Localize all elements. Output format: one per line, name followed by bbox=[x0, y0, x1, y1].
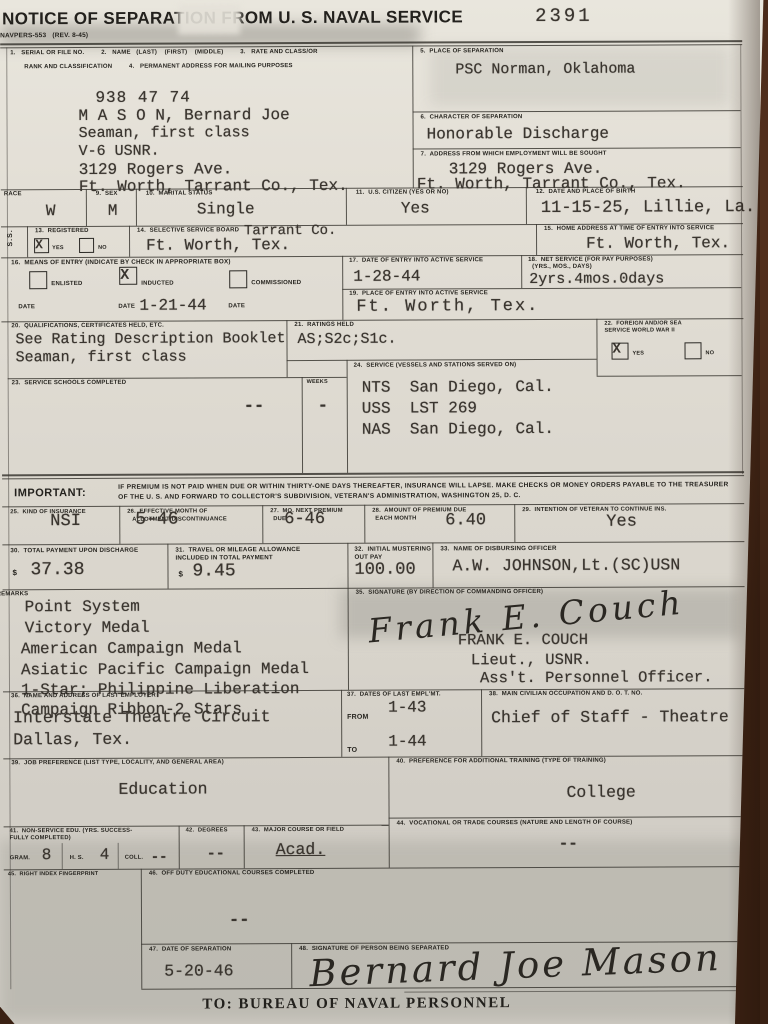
box43-label: 43. MAJOR COURSE OR FIELD bbox=[252, 827, 345, 835]
divider bbox=[341, 690, 342, 757]
important-text: IF PREMIUM IS NOT PAID WHEN DUE OR WITHI… bbox=[118, 480, 740, 502]
registered-no-checkbox bbox=[79, 238, 94, 253]
divider bbox=[364, 505, 365, 543]
divider bbox=[118, 843, 119, 869]
high-school-label: H. S. bbox=[70, 855, 84, 863]
place-of-separation-value: PSC Norman, Oklahoma bbox=[455, 61, 635, 80]
enlisted-checkbox bbox=[29, 271, 47, 289]
divider bbox=[597, 375, 742, 377]
box15-label: 15. HOME ADDRESS AT TIME OF ENTRY INTO S… bbox=[544, 225, 714, 233]
box1-4-label-line1: 1. SERIAL OR FILE NO. 2. NAME (LAST) (FI… bbox=[10, 49, 317, 58]
box41-label-line2: FULLY COMPLETED) bbox=[10, 835, 71, 843]
divider bbox=[346, 188, 347, 225]
important-label: IMPORTANT: bbox=[14, 487, 86, 499]
citizen-value: Yes bbox=[401, 199, 430, 217]
divider bbox=[413, 147, 741, 149]
off-duty-courses-value: -- bbox=[229, 912, 249, 930]
date-commissioned-label: DATE bbox=[228, 303, 245, 311]
weeks-value: - bbox=[318, 398, 328, 416]
box35-label: 35. SIGNATURE (BY DIRECTION OF COMMANDIN… bbox=[356, 589, 544, 597]
major-course-value: Acad. bbox=[276, 841, 326, 859]
box20-label: 20. QUALIFICATIONS, CERTIFICATES HELD, E… bbox=[11, 323, 164, 331]
footer-corner-mark: Mc bbox=[739, 988, 748, 995]
registered-yes-label: YES bbox=[52, 245, 64, 253]
officer-rank-typed: Lieut., USNR. bbox=[471, 651, 592, 670]
divider bbox=[404, 990, 746, 992]
divider bbox=[432, 542, 433, 587]
form-reference: NAVPERS-553 (REV. 8-45) bbox=[0, 32, 88, 40]
divider bbox=[244, 825, 245, 868]
box22-label-line2: SERVICE WORLD WAR II bbox=[604, 327, 674, 335]
high-school-value: 4 bbox=[100, 846, 110, 864]
divider bbox=[536, 224, 537, 255]
registered-no-label: NO bbox=[98, 245, 107, 253]
box45-label: 45. RIGHT INDEX FINGERPRINT bbox=[8, 871, 99, 879]
inducted-checkbox: X bbox=[119, 267, 137, 285]
box47-label: 47. DATE OF SEPARATION bbox=[149, 946, 231, 954]
sex-value: M bbox=[108, 202, 118, 220]
check-x-mark: X bbox=[35, 237, 43, 252]
box24-label: 24. SERVICE (VESSELS AND STATIONS SERVED… bbox=[354, 362, 517, 370]
check-x-mark: X bbox=[120, 268, 129, 283]
divider bbox=[521, 255, 522, 288]
divider bbox=[291, 943, 292, 988]
vocational-courses-value: -- bbox=[559, 835, 578, 853]
box5-label: 5. PLACE OF SEPARATION bbox=[420, 48, 503, 56]
box28-label-line2: EACH MONTH bbox=[375, 516, 416, 524]
box7-label: 7. ADDRESS FROM WHICH EMPLOYMENT WILL BE… bbox=[421, 151, 607, 159]
divider bbox=[287, 359, 597, 361]
divider bbox=[141, 869, 143, 989]
serial-number-value: 938 47 74 bbox=[95, 89, 190, 107]
divider bbox=[2, 541, 744, 545]
box29-label: 29. INTENTION OF VETERAN TO CONTINUE INS… bbox=[522, 506, 666, 514]
divider bbox=[119, 506, 120, 544]
date-of-separation-value: 5-20-46 bbox=[164, 962, 233, 980]
box44-label: 44. VOCATIONAL OR TRADE COURSES (NATURE … bbox=[397, 820, 633, 829]
net-service-value: 2yrs.4mos.0days bbox=[529, 270, 664, 289]
box17-label: 17. DATE OF ENTRY INTO ACTIVE SERVICE bbox=[349, 257, 483, 265]
box13-label: 13. REGISTERED bbox=[35, 228, 89, 236]
title-smudge bbox=[178, 4, 240, 34]
marital-status-label: 10. MARITAL STATUS bbox=[146, 190, 213, 198]
divider bbox=[347, 543, 348, 588]
divider bbox=[167, 544, 168, 589]
box38-label: 38. MAIN CIVILIAN OCCUPATION AND D. O. T… bbox=[489, 691, 642, 699]
foreign-service-no-checkbox bbox=[684, 342, 701, 359]
employment-from-label: FROM bbox=[347, 714, 368, 722]
remarks-line3: American Campaign Medal bbox=[21, 639, 242, 658]
name-value: M A S O N, Bernard Joe bbox=[78, 106, 289, 125]
remarks-line1: Point System bbox=[25, 598, 140, 617]
home-address-entry-value: Ft. Worth, Tex. bbox=[586, 234, 730, 253]
divider bbox=[136, 189, 137, 226]
birth-value: 11-15-25, Lillie, La. bbox=[541, 199, 755, 218]
service-schools-value: -- bbox=[244, 398, 264, 416]
citizen-label: 11. U.S. CITIZEN (YES OR NO) bbox=[356, 189, 449, 197]
vessels-line2: USS LST 269 bbox=[362, 399, 477, 418]
foreign-service-yes-label: YES bbox=[633, 351, 645, 359]
mustering-out-pay-value: 100.00 bbox=[354, 562, 415, 580]
ratings-held-value: AS;S2c;S1c. bbox=[297, 331, 396, 349]
last-employer-line1: Interstate Theatre Circuit bbox=[13, 708, 271, 727]
divider bbox=[481, 689, 482, 756]
race-label: RACE bbox=[4, 191, 22, 199]
employment-to-value: 1-44 bbox=[388, 732, 426, 750]
box32-label-line1: 32. INITIAL MUSTERING bbox=[354, 545, 431, 553]
photo-of-document: { "header": { "title": "NOTICE OF SEPARA… bbox=[0, 0, 768, 1024]
check-x-mark: X bbox=[612, 343, 620, 358]
box31-currency: $ bbox=[178, 571, 183, 579]
divider bbox=[4, 866, 746, 870]
mailing-address-line2: Ft. Worth, Tarrant Co., Tex. bbox=[79, 177, 348, 196]
divider bbox=[8, 377, 347, 379]
divider bbox=[388, 757, 389, 868]
marital-status-value: Single bbox=[197, 200, 255, 218]
qualifications-line1: See Rating Description Booklet bbox=[15, 330, 285, 349]
divider bbox=[27, 226, 28, 257]
divider bbox=[526, 187, 527, 224]
footer-addressee: TO: BUREAU OF NAVAL PERSONNEL bbox=[202, 995, 511, 1013]
inducted-label: INDUCTED bbox=[141, 281, 174, 289]
premium-amount-value: 6.40 bbox=[445, 512, 486, 530]
box31-label-line1: 31. TRAVEL OR MILEAGE ALLOWANCE bbox=[175, 546, 300, 554]
divider bbox=[389, 816, 744, 819]
divider bbox=[342, 287, 741, 290]
box6-label: 6. CHARACTER OF SEPARATION bbox=[421, 114, 523, 122]
stamp-number: 2391 bbox=[535, 7, 593, 25]
date-inducted-label: DATE bbox=[118, 304, 135, 312]
training-preference-value: College bbox=[566, 784, 635, 802]
class-value: V-6 USNR. bbox=[79, 143, 160, 161]
divider bbox=[740, 44, 743, 474]
place-entry-active-service-value: Ft. Worth, Tex. bbox=[356, 298, 539, 317]
box36-label: 36. NAME AND ADDRESS OF LAST EMPLOYER bbox=[11, 693, 156, 701]
qualifications-line2: Seaman, first class bbox=[16, 349, 187, 368]
divider bbox=[86, 189, 87, 226]
selective-board-value: Ft. Worth, Tex. bbox=[146, 236, 290, 255]
enlisted-label: ENLISTED bbox=[51, 281, 82, 289]
box30-label: 30. TOTAL PAYMENT UPON DISCHARGE bbox=[10, 547, 138, 555]
travel-allowance-value: 9.45 bbox=[192, 562, 235, 580]
box21-label: 21. RATINGS HELD bbox=[294, 322, 354, 330]
divider bbox=[262, 505, 263, 543]
race-value: W bbox=[46, 202, 56, 220]
date-enlisted-label: DATE bbox=[18, 304, 35, 312]
grammar-school-label: GRAM. bbox=[10, 855, 30, 863]
foreign-service-no-label: NO bbox=[706, 350, 715, 358]
civilian-occupation-value: Chief of Staff - Theatre bbox=[491, 708, 729, 727]
box30-currency: $ bbox=[12, 569, 17, 577]
divider bbox=[179, 826, 180, 869]
box40-label: 40. PREFERENCE FOR ADDITIONAL TRAINING (… bbox=[396, 758, 606, 766]
date-entry-active-service-value: 1-28-44 bbox=[353, 268, 420, 286]
foreign-service-yes-checkbox: X bbox=[611, 343, 628, 360]
weeks-label: WEEKS bbox=[307, 379, 328, 387]
divider bbox=[3, 755, 745, 759]
box23-label: 23. SERVICE SCHOOLS COMPLETED bbox=[12, 380, 127, 388]
disbursing-officer-value: A.W. JOHNSON,Lt.(SC)USN bbox=[452, 556, 680, 575]
employment-to-label: TO bbox=[347, 747, 357, 755]
divider bbox=[348, 588, 349, 690]
box14-label: 14. SELECTIVE SERVICE BOARD bbox=[137, 227, 239, 235]
box33-label: 33. NAME OF DISBURSING OFFICER bbox=[440, 545, 556, 553]
total-payment-value: 37.38 bbox=[30, 561, 84, 579]
next-premium-due-value: 6-46 bbox=[284, 511, 325, 529]
box39-label: 39. JOB PREFERENCE (LIST TYPE, LOCALITY,… bbox=[11, 759, 224, 767]
vessels-line1: NTS San Diego, Cal. bbox=[362, 378, 554, 397]
college-years-value: -- bbox=[151, 849, 168, 867]
employment-from-value: 1-43 bbox=[388, 698, 426, 716]
remarks-line4: Asiatic Pacific Campaign Medal bbox=[21, 660, 309, 679]
selective-service-sidebar-label: S.S. bbox=[7, 229, 14, 246]
date-inducted-value: 1-21-44 bbox=[139, 296, 206, 314]
divider bbox=[347, 360, 348, 473]
vessels-line3: NAS San Diego, Cal. bbox=[362, 420, 554, 439]
divider bbox=[514, 504, 515, 542]
allotment-discontinuance-value: 5-46 bbox=[135, 511, 178, 529]
divider bbox=[129, 226, 130, 257]
birth-label: 12. DATE AND PLACE OF BIRTH bbox=[536, 189, 636, 197]
job-preference-value: Education bbox=[118, 780, 207, 798]
insurance-kind-value: NSI bbox=[50, 513, 81, 531]
college-years-label: COLL. bbox=[125, 855, 143, 863]
box1-4-label-line2: RANK AND CLASSIFICATION 4. PERMANENT ADD… bbox=[24, 63, 292, 72]
mailing-address-line1: 3129 Rogers Ave. bbox=[79, 160, 233, 179]
last-employer-line2: Dallas, Tex. bbox=[13, 731, 132, 750]
divider bbox=[62, 843, 63, 869]
divider bbox=[302, 377, 303, 473]
officer-title-typed: Ass't. Personnel Officer. bbox=[480, 668, 713, 687]
box42-label: 42. DEGREES bbox=[186, 827, 228, 835]
divider bbox=[412, 110, 740, 112]
scanned-form-paper: NOTICE OF SEPARATION FROM U. S. NAVAL SE… bbox=[0, 0, 768, 1024]
box16-label: 16. MEANS OF ENTRY (INDICATE BY CHECK IN… bbox=[11, 258, 231, 266]
divider bbox=[286, 320, 287, 377]
commissioned-checkbox bbox=[229, 270, 247, 288]
continue-insurance-value: Yes bbox=[606, 514, 637, 532]
box46-label: 46. OFF DUTY EDUCATIONAL COURSES COMPLET… bbox=[149, 870, 315, 878]
remarks-line2: Victory Medal bbox=[25, 619, 150, 638]
divider bbox=[596, 319, 597, 376]
officer-name-typed: FRANK E. COUCH bbox=[458, 631, 588, 650]
sex-label: 9. SEX bbox=[96, 191, 118, 199]
commissioned-label: COMMISSIONED bbox=[251, 280, 301, 288]
divider bbox=[412, 46, 414, 188]
character-of-separation-value: Honorable Discharge bbox=[427, 125, 610, 144]
grammar-school-value: 8 bbox=[42, 846, 52, 864]
rate-value: Seaman, first class bbox=[79, 124, 250, 143]
degrees-value: -- bbox=[207, 845, 225, 863]
registered-yes-checkbox: X bbox=[34, 238, 49, 253]
